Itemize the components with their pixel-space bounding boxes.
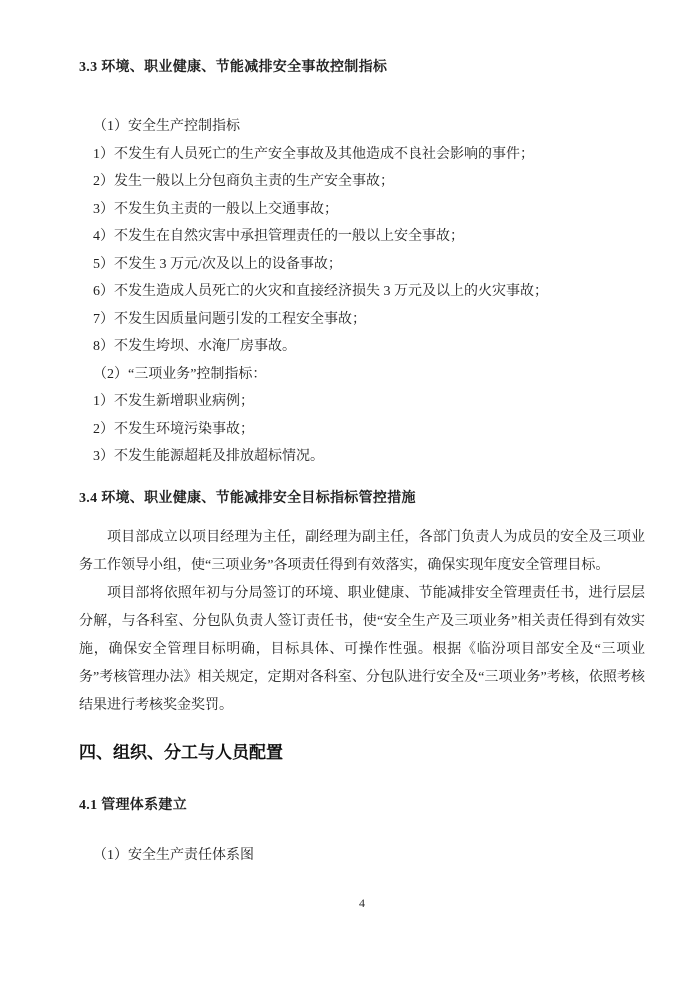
list-item: 6）不发生造成人员死亡的火灾和直接经济损失 3 万元及以上的火灾事故； — [93, 278, 645, 306]
list-item: 7）不发生因质量问题引发的工程安全事故； — [93, 306, 645, 334]
sub-label-1: （1）安全生产控制指标 — [93, 113, 645, 141]
document-content: 3.3 环境、职业健康、节能减排安全事故控制指标 （1）安全生产控制指标 1）不… — [79, 57, 645, 867]
list-item: 1）不发生新增职业病例； — [93, 388, 645, 416]
section-heading-4-1: 4.1 管理体系建立 — [79, 795, 645, 817]
list-item: 4）不发生在自然灾害中承担管理责任的一般以上安全事故； — [93, 223, 645, 251]
list-item: 3）不发生负主责的一般以上交通事故； — [93, 196, 645, 224]
section-3-4-body: 项目部成立以项目经理为主任，副经理为副主任，各部门负责人为成员的安全及三项业务工… — [79, 524, 645, 720]
figure-caption-line: （1）安全生产责任体系图 — [93, 845, 645, 867]
list-item: 2）发生一般以上分包商负主责的生产安全事故； — [93, 168, 645, 196]
sub-label-2: （2）“三项业务”控制指标： — [93, 361, 645, 389]
chapter-heading-4: 四、组织、分工与人员配置 — [79, 740, 645, 766]
list-item: 5）不发生 3 万元/次及以上的设备事故； — [93, 251, 645, 279]
page-number: 4 — [79, 896, 645, 911]
paragraph: 项目部成立以项目经理为主任，副经理为副主任，各部门负责人为成员的安全及三项业务工… — [79, 524, 645, 580]
list-item: 2）不发生环境污染事故； — [93, 416, 645, 444]
list-item: 1）不发生有人员死亡的生产安全事故及其他造成不良社会影响的事件； — [93, 141, 645, 169]
section-heading-3-3: 3.3 环境、职业健康、节能减排安全事故控制指标 — [79, 57, 645, 79]
list-item: 8）不发生垮坝、水淹厂房事故。 — [93, 333, 645, 361]
document-page: 3.3 环境、职业健康、节能减排安全事故控制指标 （1）安全生产控制指标 1）不… — [0, 0, 700, 990]
section-heading-3-4: 3.4 环境、职业健康、节能减排安全目标指标管控措施 — [79, 488, 645, 510]
list-item: 3）不发生能源超耗及排放超标情况。 — [93, 443, 645, 471]
control-indicator-list: （1）安全生产控制指标 1）不发生有人员死亡的生产安全事故及其他造成不良社会影响… — [79, 113, 645, 471]
paragraph: 项目部将依照年初与分局签订的环境、职业健康、节能减排安全管理责任书，进行层层分解… — [79, 580, 645, 720]
